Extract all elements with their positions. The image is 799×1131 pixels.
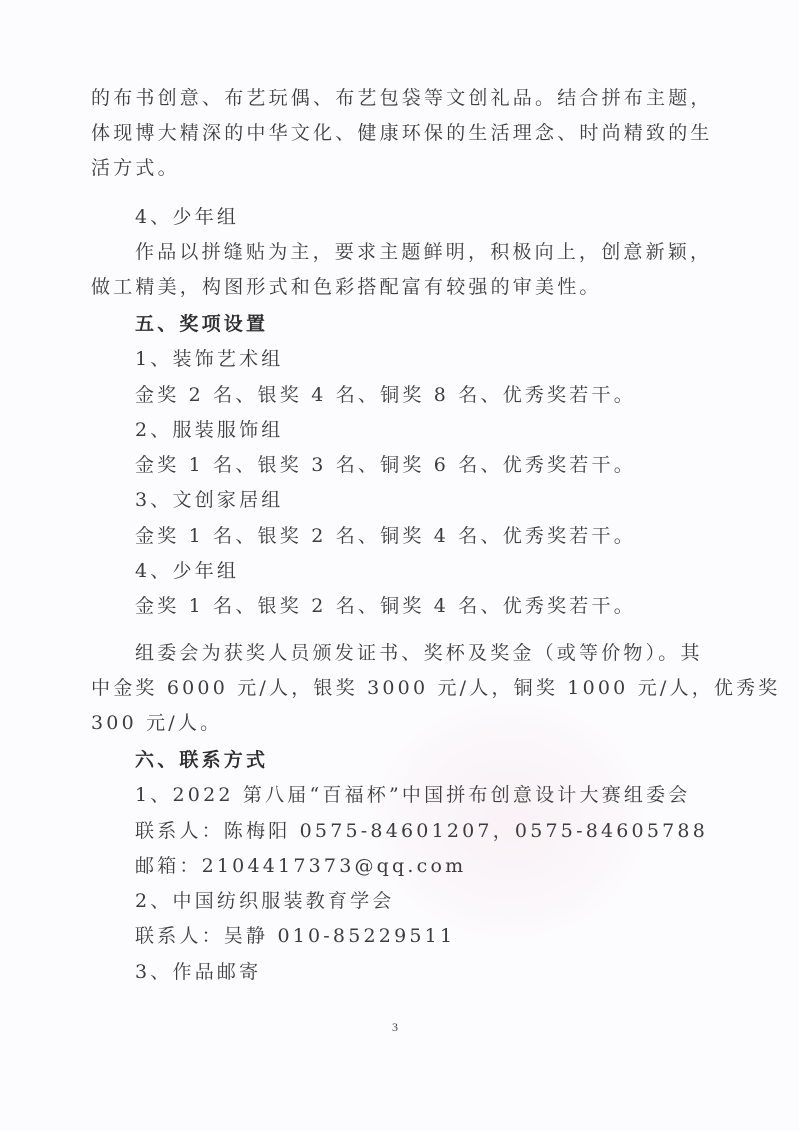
award-line: 金奖 2 名、银奖 4 名、铜奖 8 名、优秀奖若干。	[135, 383, 636, 407]
paragraph-line: 300 元/人。	[91, 711, 222, 735]
paragraph-line: 活方式。	[91, 156, 180, 180]
paragraph-line: 中金奖 6000 元/人，银奖 3000 元/人，铜奖 1000 元/人，优秀奖	[91, 676, 781, 700]
paragraph-line: 体现博大精深的中华文化、健康环保的生活理念、时尚精致的生	[91, 121, 713, 145]
contact-person: 联系人：陈梅阳 0575-84601207，0575-84605788	[135, 819, 708, 843]
subsection-title: 2、服装服饰组	[135, 418, 284, 442]
subsection-title: 3、文创家居组	[135, 488, 284, 512]
section-heading-awards: 五、奖项设置	[135, 312, 268, 336]
contact-org: 2、中国纺织服装教育学会	[135, 889, 395, 913]
paragraph-line: 做工精美，构图形式和色彩搭配富有较强的审美性。	[91, 275, 602, 299]
contact-person: 联系人：吴静 010-85229511	[135, 924, 455, 948]
contact-org: 1、2022 第八届“百福杯”中国拼布创意设计大赛组委会	[135, 783, 691, 807]
paragraph-line: 作品以拼缝贴为主，要求主题鲜明，积极向上，创意新颖，	[135, 240, 712, 264]
subsection-title: 4、少年组	[135, 205, 239, 229]
award-line: 金奖 1 名、银奖 2 名、铜奖 4 名、优秀奖若干。	[135, 524, 636, 548]
paragraph-line: 组委会为获奖人员颁发证书、奖杯及奖金（或等价物）。其	[135, 641, 703, 665]
award-line: 金奖 1 名、银奖 2 名、铜奖 4 名、优秀奖若干。	[135, 594, 636, 618]
paragraph-line: 的布书创意、布艺玩偶、布艺包袋等文创礼品。结合拼布主题，	[91, 86, 713, 110]
award-line: 金奖 1 名、银奖 3 名、铜奖 6 名、优秀奖若干。	[135, 453, 636, 477]
subsection-title: 3、作品邮寄	[135, 960, 261, 984]
contact-email: 邮箱：2104417373@qq.com	[135, 854, 466, 878]
document-page: 的布书创意、布艺玩偶、布艺包袋等文创礼品。结合拼布主题， 体现博大精深的中华文化…	[0, 0, 799, 1131]
section-heading-contact: 六、联系方式	[135, 748, 268, 772]
subsection-title: 1、装饰艺术组	[135, 347, 284, 371]
page-number: 3	[392, 1020, 398, 1035]
subsection-title: 4、少年组	[135, 559, 239, 583]
